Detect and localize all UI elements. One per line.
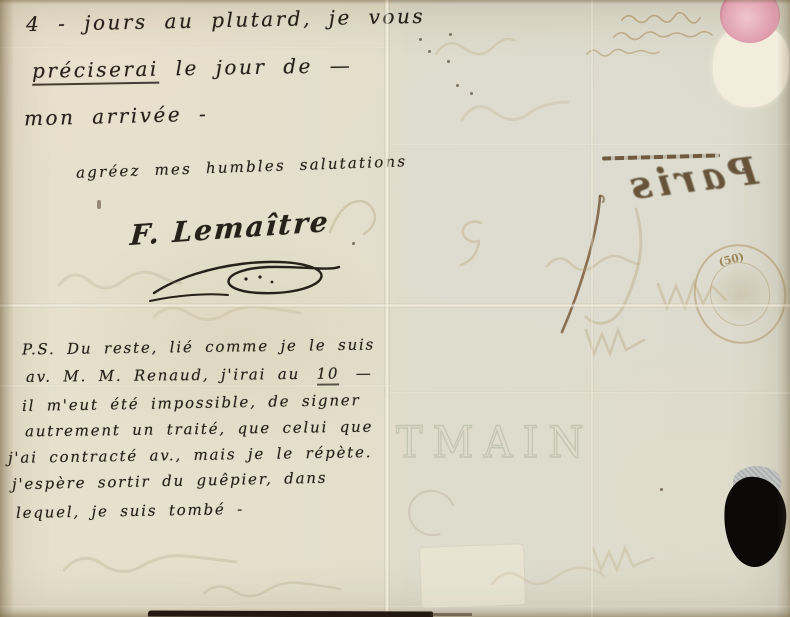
bottom-dark-strip [430, 613, 472, 616]
horizontal-fold-line [390, 391, 790, 395]
paper-edge-shadow [0, 0, 790, 4]
letter-line-1: 4 - jours au plutard, je vous [26, 4, 426, 36]
dust-speck [447, 60, 450, 63]
bleedthrough-mark [447, 215, 502, 271]
faded-address-line [585, 44, 667, 63]
bleedthrough-mark [200, 575, 350, 609]
faded-ring-mark [401, 482, 464, 544]
bleedthrough-mark [458, 88, 573, 142]
ps-line-2-post: — [356, 364, 373, 382]
bleedthrough-mark [322, 192, 382, 246]
horizontal-fold-line [0, 46, 390, 49]
bleedthrough-mark [150, 295, 310, 335]
dust-speck [97, 200, 101, 209]
ps-line-5: j'ai contracté av., mais je le répète. [8, 443, 373, 467]
underlined-number: 10 [316, 365, 339, 386]
ps-line-1: P.S. Du reste, lié comme je le suis [22, 336, 375, 359]
dust-speck [470, 92, 473, 95]
horizontal-fold-line [0, 303, 790, 308]
ps-line-6: j'espère sortir du guêpier, dans [12, 469, 328, 494]
horizontal-fold-line [390, 143, 790, 146]
paper-watermark: TMAIN [396, 418, 593, 468]
dust-speck [742, 168, 745, 171]
dust-speck [419, 38, 422, 41]
bottom-dark-strip [148, 611, 433, 617]
ps-line-2-pre: av. M. M. Renaud, j'irai au [26, 365, 300, 386]
dust-speck [428, 50, 431, 53]
dust-speck [456, 84, 459, 87]
letter-line-3: mon arrivée - [24, 102, 209, 131]
right-fold-line [590, 0, 594, 617]
ps-line-3: il m'eut été impossible, de signer [22, 391, 361, 415]
ps-line-4: autrement un traité, que celui que [25, 418, 373, 441]
paper-edge-shadow [0, 0, 14, 617]
bleedthrough-mark [655, 276, 731, 320]
ps-line-7: lequel, je suis tombé - [16, 500, 244, 522]
dust-speck [352, 242, 355, 245]
ps-line-2: av. M. M. Renaud, j'irai au 10 — [26, 364, 373, 386]
center-fold-line [384, 0, 390, 617]
letter-sheet: 4 - jours au plutard, je vous préciserai… [0, 0, 790, 617]
letter-line-2: préciserai le jour de — [32, 53, 353, 83]
bleedthrough-mark [432, 28, 517, 72]
horizontal-fold-line [0, 384, 390, 388]
paper-edge-shadow [777, 0, 790, 617]
dust-speck [660, 488, 663, 491]
dust-speck [449, 33, 452, 36]
underlined-word: préciserai [32, 57, 159, 86]
salutation-line: agréez mes humbles salutations [76, 152, 408, 182]
letter-line-2-rest: le jour de — [175, 53, 352, 80]
